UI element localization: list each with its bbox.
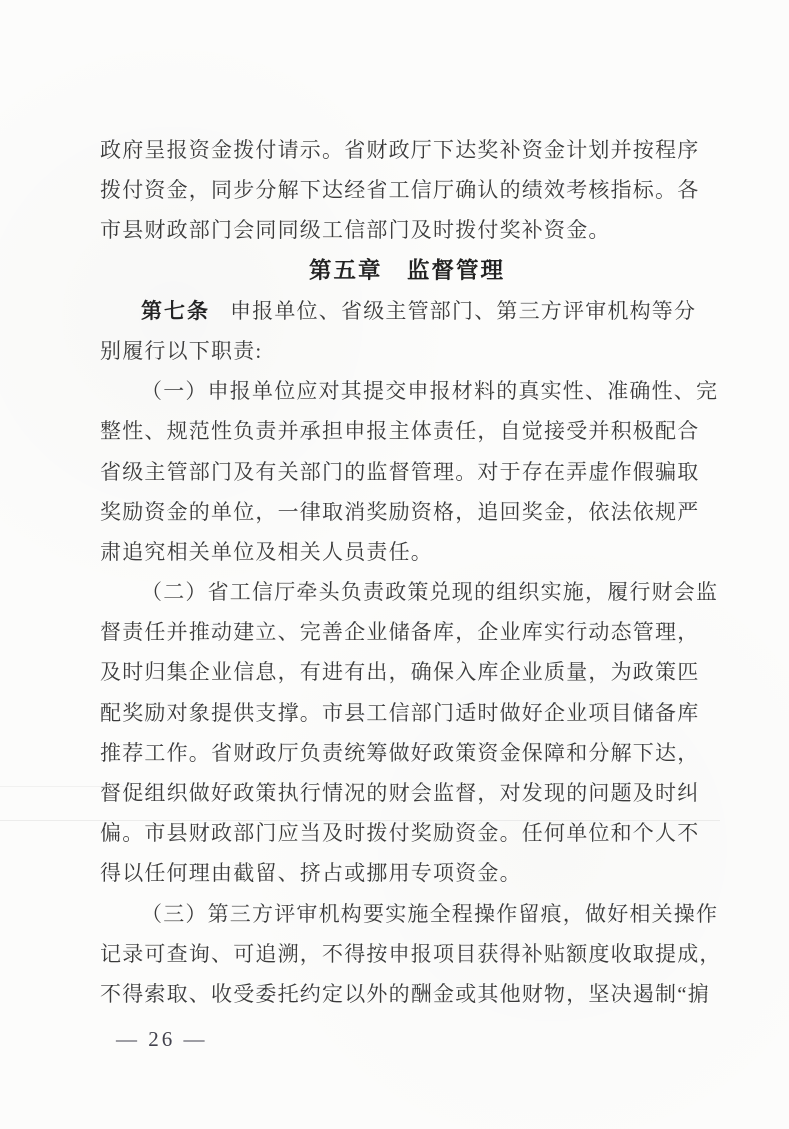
clause-2-line: （二）省工信厅牵头负责政策兑现的组织实施，履行财会监 bbox=[100, 572, 714, 612]
text-line: 肃追究相关单位及相关人员责任。 bbox=[100, 532, 714, 572]
text-line: 及时归集企业信息，有进有出，确保入库企业质量，为政策匹 bbox=[100, 652, 714, 692]
scan-artifact-line bbox=[0, 786, 150, 787]
article-text: 申报单位、省级主管部门、第三方评审机构等分 bbox=[230, 299, 696, 323]
page-number: — 26 — bbox=[116, 1024, 208, 1054]
text-line: 不得索取、收受委托约定以外的酬金或其他财物，坚决遏制“掮 bbox=[100, 974, 714, 1014]
text-line: 市县财政部门会同同级工信部门及时拨付奖补资金。 bbox=[100, 210, 714, 250]
text-line: 推荐工作。省财政厅负责统筹做好政策资金保障和分解下达， bbox=[100, 733, 714, 773]
clause-1-line: （一）申报单位应对其提交申报材料的真实性、准确性、完 bbox=[100, 371, 714, 411]
text-line: 督责任并推动建立、完善企业储备库，企业库实行动态管理， bbox=[100, 612, 714, 652]
text-line: 政府呈报资金拨付请示。省财政厅下达奖补资金计划并按程序 bbox=[100, 130, 714, 170]
text-line: 配奖励对象提供支撑。市县工信部门适时做好企业项目储备库 bbox=[100, 693, 714, 733]
text-line: 督促组织做好政策执行情况的财会监督，对发现的问题及时纠 bbox=[100, 773, 714, 813]
text-line: 整性、规范性负责并承担申报主体责任，自觉接受并积极配合 bbox=[100, 411, 714, 451]
article-first-line: 第七条申报单位、省级主管部门、第三方评审机构等分 bbox=[100, 291, 714, 331]
text-line: 省级主管部门及有关部门的监督管理。对于存在弄虚作假骗取 bbox=[100, 452, 714, 492]
text-line: 拨付资金，同步分解下达经省工信厅确认的绩效考核指标。各 bbox=[100, 170, 714, 210]
scanned-document-page: 政府呈报资金拨付请示。省财政厅下达奖补资金计划并按程序 拨付资金，同步分解下达经… bbox=[0, 0, 789, 1129]
text-line: 奖励资金的单位，一律取消奖励资格，追回奖金，依法依规严 bbox=[100, 492, 714, 532]
text-line: 别履行以下职责: bbox=[100, 331, 714, 371]
text-line: 得以任何理由截留、挤占或挪用专项资金。 bbox=[100, 853, 714, 893]
scan-artifact-line bbox=[0, 820, 720, 821]
clause-3-line: （三）第三方评审机构要实施全程操作留痕，做好相关操作 bbox=[100, 894, 714, 934]
article-number-label: 第七条 bbox=[141, 300, 210, 323]
text-line: 记录可查询、可追溯，不得按申报项目获得补贴额度收取提成， bbox=[100, 934, 714, 974]
document-text-block: 政府呈报资金拨付请示。省财政厅下达奖补资金计划并按程序 拨付资金，同步分解下达经… bbox=[100, 130, 714, 1014]
chapter-heading: 第五章 监督管理 bbox=[100, 251, 714, 291]
